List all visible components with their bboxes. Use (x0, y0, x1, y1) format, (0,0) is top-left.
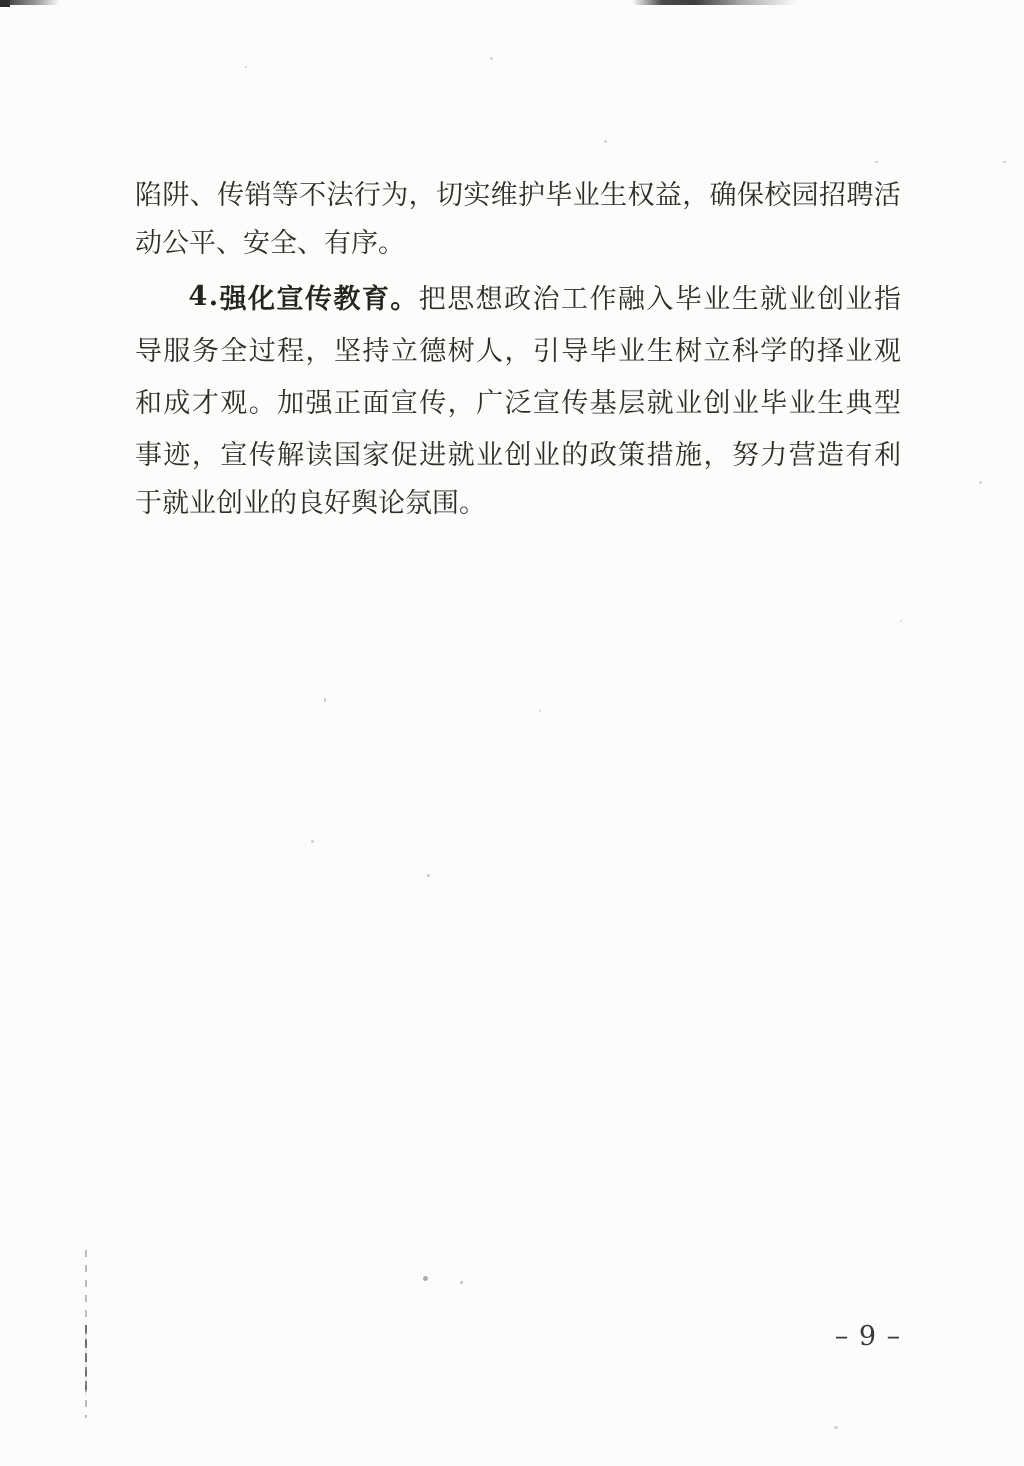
scan-speck (460, 1281, 463, 1284)
page-number: – 9 – (826, 1320, 910, 1354)
scan-speck (490, 57, 493, 60)
paragraph2-line4: 事迹，宣传解读国家促进就业创业的政策措施，努力营造有利 (135, 426, 901, 478)
paragraph1-line2: 动公平、安全、有序。 (135, 218, 901, 270)
scan-speck (539, 710, 541, 712)
scan-speck (900, 620, 902, 622)
scan-speck (979, 481, 982, 484)
scan-speck (427, 874, 430, 877)
scan-speck (324, 698, 326, 702)
scan-streak-topcenter (632, 0, 797, 5)
paragraph1-line1: 陷阱、传销等不法行为，切实维护毕业生权益，确保校园招聘活 (135, 166, 901, 218)
paragraph-indent (135, 296, 187, 297)
paragraph2-line2: 导服务全过程，坚持立德树人，引导毕业生树立科学的择业观 (135, 322, 901, 374)
scan-speck (834, 1426, 838, 1429)
scan-speck (604, 140, 607, 143)
scan-speck (423, 1276, 428, 1281)
scan-dashed-line-dark-segment (85, 1325, 87, 1395)
scan-speck (311, 840, 314, 843)
paragraph2-line1: 4.强化宣传教育。 把思想政治工作融入毕业生就业创业指 (135, 270, 901, 322)
paragraph2-line3: 和成才观。加强正面宣传，广泛宣传基层就业创业毕业生典型 (135, 374, 901, 426)
scan-speck (875, 161, 878, 163)
document-page: 陷阱、传销等不法行为，切实维护毕业生权益，确保校园招聘活 动公平、安全、有序。 … (0, 0, 1024, 1466)
scan-speck (1003, 161, 1006, 163)
scan-streak-topleft (8, 0, 60, 5)
paragraph2-line5: 于就业创业的良好舆论氛围。 (135, 478, 901, 530)
body-text: 陷阱、传销等不法行为，切实维护毕业生权益，确保校园招聘活 动公平、安全、有序。 … (135, 166, 901, 530)
scan-speck (245, 66, 247, 68)
